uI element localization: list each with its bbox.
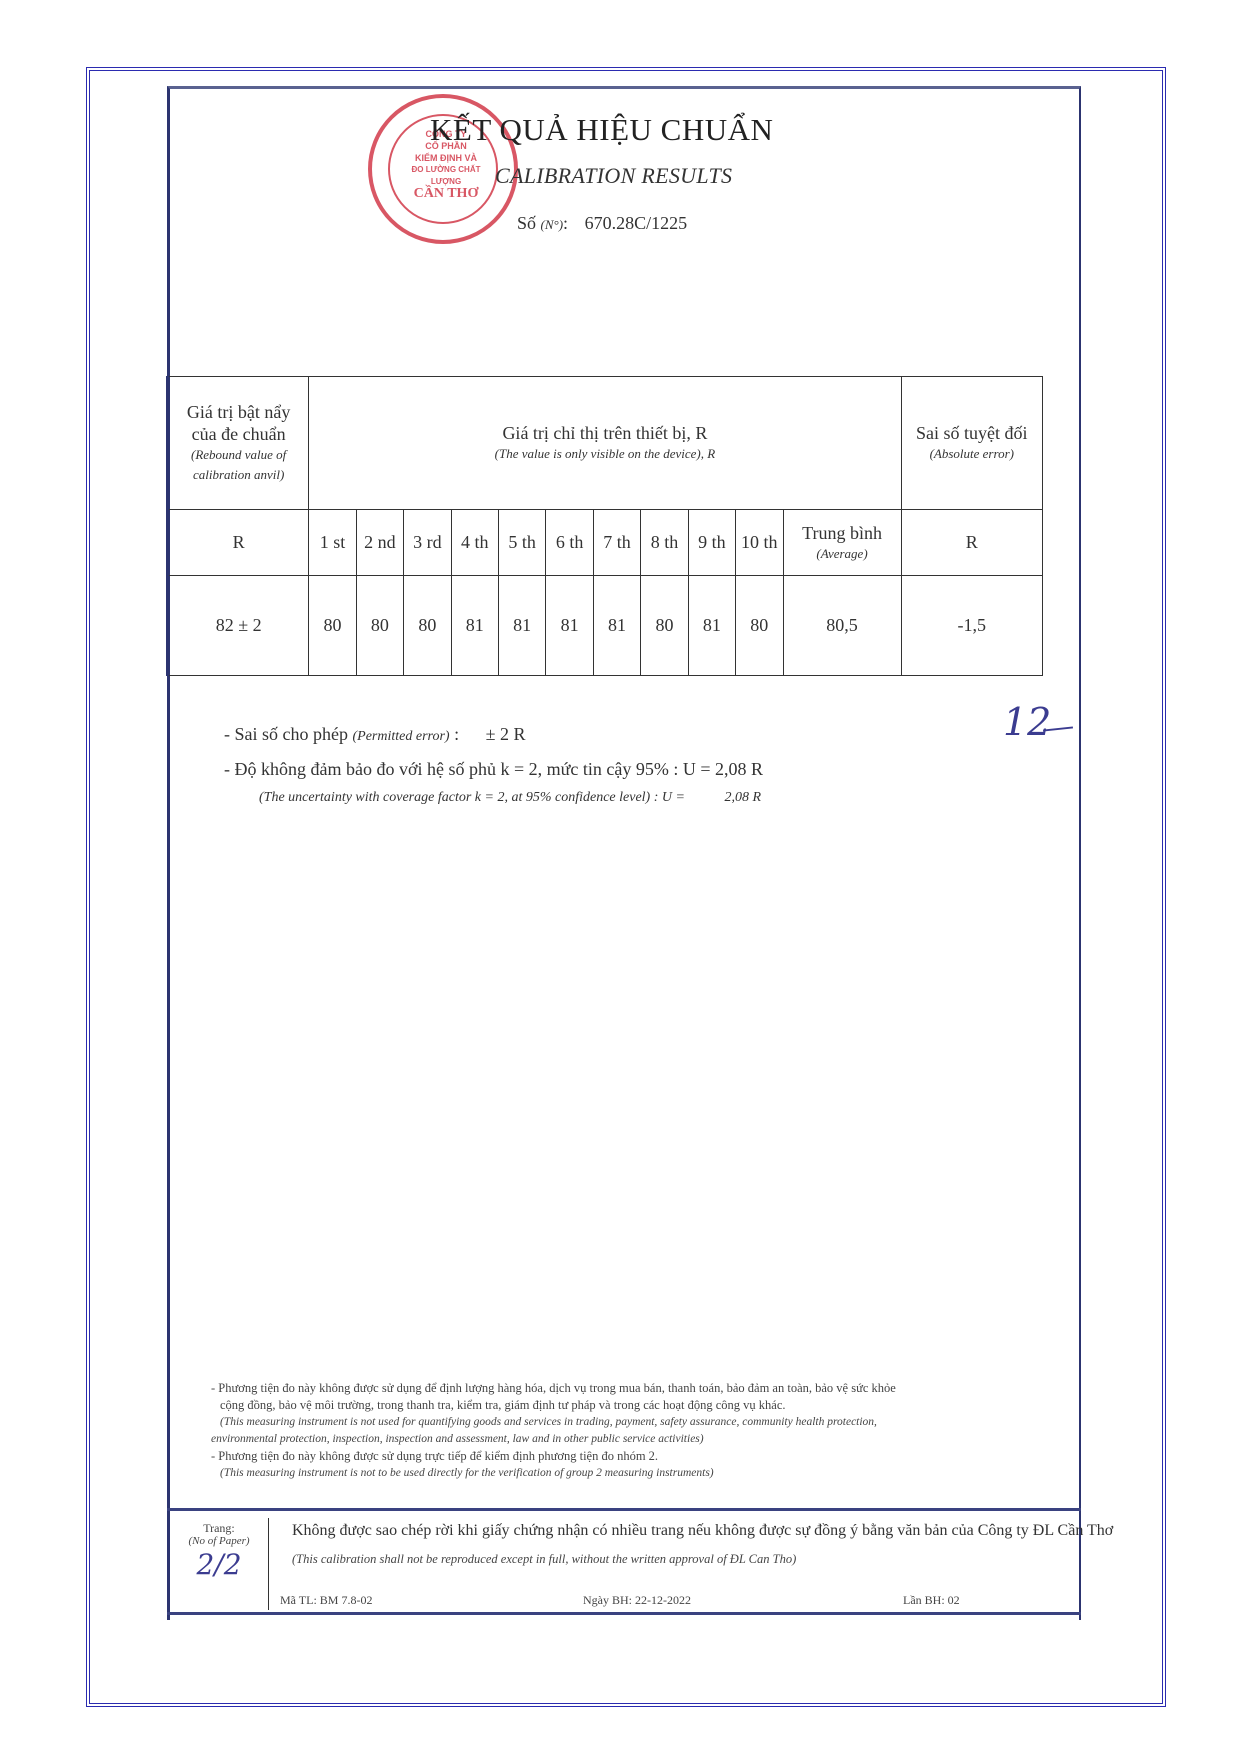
average-value: 80,5: [783, 576, 901, 676]
page-number-label: Trang:: [170, 1522, 268, 1535]
stamp-city: CẦN THƠ: [396, 188, 496, 200]
uncertainty-label: - Độ không đảm bảo đo với hệ số phủ k = …: [224, 759, 711, 779]
header-text: Giá trị bật nẩy: [169, 401, 308, 423]
disclaimer-line: - Phương tiện đo này không được sử dụng …: [211, 1380, 896, 1397]
reading-header: 4 th: [451, 510, 498, 576]
reading-value: 81: [546, 576, 593, 676]
reading-header: 5 th: [498, 510, 545, 576]
page-number-label-en: (No of Paper): [170, 1535, 268, 1548]
stamp-line: KIỂM ĐỊNH VÀ: [396, 152, 496, 164]
handwritten-initials: 12: [1003, 700, 1051, 744]
reading-header: 6 th: [546, 510, 593, 576]
stamp-line: ĐO LƯỜNG CHẤT LƯỢNG: [396, 164, 496, 188]
header-rebound-value: Giá trị bật nẩy của đe chuẩn (Rebound va…: [168, 377, 309, 510]
disclaimer-line-en: (This measuring instrument is not used f…: [211, 1414, 896, 1431]
header-text: Giá trị chỉ thị trên thiết bị, R: [309, 422, 900, 444]
permitted-error-label: - Sai số cho phép: [224, 724, 348, 744]
footer-bottom-line: [167, 1612, 1081, 1615]
reading-value: 80: [309, 576, 356, 676]
calibration-results-table: Giá trị bật nẩy của đe chuẩn (Rebound va…: [166, 376, 1043, 676]
permitted-error-label-en: (Permitted error): [352, 729, 449, 744]
average-header: Trung bình(Average): [783, 510, 901, 576]
copy-notice: Không được sao chép rời khi giấy chứng n…: [292, 1522, 1113, 1540]
disclaimer-line-en: environmental protection, inspection, in…: [211, 1431, 896, 1448]
page-title: KẾT QUẢ HIỆU CHUẨN: [430, 112, 773, 148]
rebound-value: 82 ± 2: [168, 576, 309, 676]
permitted-error-value: ± 2 R: [486, 724, 526, 744]
reading-header: 2 nd: [356, 510, 403, 576]
cert-no-label-en: (N°): [541, 217, 564, 232]
page-subtitle: CALIBRATION RESULTS: [495, 163, 732, 189]
reading-value: 80: [736, 576, 783, 676]
reading-header: 9 th: [688, 510, 735, 576]
uncertainty-line-en: (The uncertainty with coverage factor k …: [259, 790, 761, 806]
reading-header: 8 th: [641, 510, 688, 576]
header-indicated-value: Giá trị chỉ thị trên thiết bị, R (The va…: [309, 377, 901, 510]
header-text: Sai số tuyệt đối: [902, 422, 1042, 444]
reading-header: 7 th: [593, 510, 640, 576]
reading-value: 80: [641, 576, 688, 676]
uncertainty-line: - Độ không đảm bảo đo với hệ số phủ k = …: [224, 753, 763, 786]
reading-value: 81: [498, 576, 545, 676]
reading-value: 80: [404, 576, 451, 676]
reading-value: 80: [356, 576, 403, 676]
table-subheader-row: R 1 st2 nd3 rd4 th5 th6 th7 th8 th9 th10…: [168, 510, 1043, 576]
footer-divider: [167, 1508, 1081, 1511]
page-number-value: 2/2: [170, 1548, 268, 1582]
reading-value: 81: [451, 576, 498, 676]
header-text-en: (Average): [784, 544, 901, 564]
permitted-error-sep: :: [454, 724, 459, 744]
reading-value: 81: [688, 576, 735, 676]
disclaimer-line-en: (This measuring instrument is not to be …: [211, 1465, 896, 1482]
header-text: của đe chuẩn: [169, 423, 308, 445]
absolute-error-value: -1,5: [901, 576, 1042, 676]
issue-date: Ngày BH: 22-12-2022: [583, 1593, 691, 1608]
permitted-error-line: - Sai số cho phép (Permitted error) : ± …: [224, 718, 763, 753]
cert-no-sep: :: [563, 213, 568, 233]
header-text-en: (Absolute error): [902, 444, 1042, 464]
disclaimer-line: cộng đồng, bảo vệ môi trường, trong than…: [211, 1397, 896, 1414]
document-code: Mã TL: BM 7.8-02: [280, 1593, 372, 1608]
header-text-en: calibration anvil): [169, 465, 308, 485]
uncertainty-value-en: 2,08 R: [724, 790, 761, 805]
unit-label: R: [168, 510, 309, 576]
certificate-number: Số (N°): 670.28C/1225: [517, 213, 687, 234]
header-text-en: (Rebound value of: [169, 445, 308, 465]
abs-error-unit: R: [901, 510, 1042, 576]
reading-header: 1 st: [309, 510, 356, 576]
disclaimer-line: - Phương tiện đo này không được sử dụng …: [211, 1448, 896, 1465]
header-text-en: (The value is only visible on the device…: [309, 444, 900, 464]
result-notes: - Sai số cho phép (Permitted error) : ± …: [224, 718, 763, 786]
cert-no-value: 670.28C/1225: [585, 213, 688, 233]
uncertainty-label-en: (The uncertainty with coverage factor k …: [259, 790, 685, 805]
usage-disclaimer: - Phương tiện đo này không được sử dụng …: [211, 1380, 896, 1482]
copy-notice-en: (This calibration shall not be reproduce…: [292, 1552, 796, 1567]
header-absolute-error: Sai số tuyệt đối (Absolute error): [901, 377, 1042, 510]
header-text: Trung bình: [784, 522, 901, 544]
page-number-cell: Trang: (No of Paper) 2/2: [170, 1518, 269, 1610]
reading-header: 3 rd: [404, 510, 451, 576]
table-row: 82 ± 2 8080808181818180818080,5-1,5: [168, 576, 1043, 676]
revision-number: Lần BH: 02: [903, 1593, 960, 1608]
reading-header: 10 th: [736, 510, 783, 576]
cert-no-label: Số: [517, 213, 536, 233]
uncertainty-value: 2,08 R: [715, 759, 763, 779]
table-header-row: Giá trị bật nẩy của đe chuẩn (Rebound va…: [168, 377, 1043, 510]
reading-value: 81: [593, 576, 640, 676]
